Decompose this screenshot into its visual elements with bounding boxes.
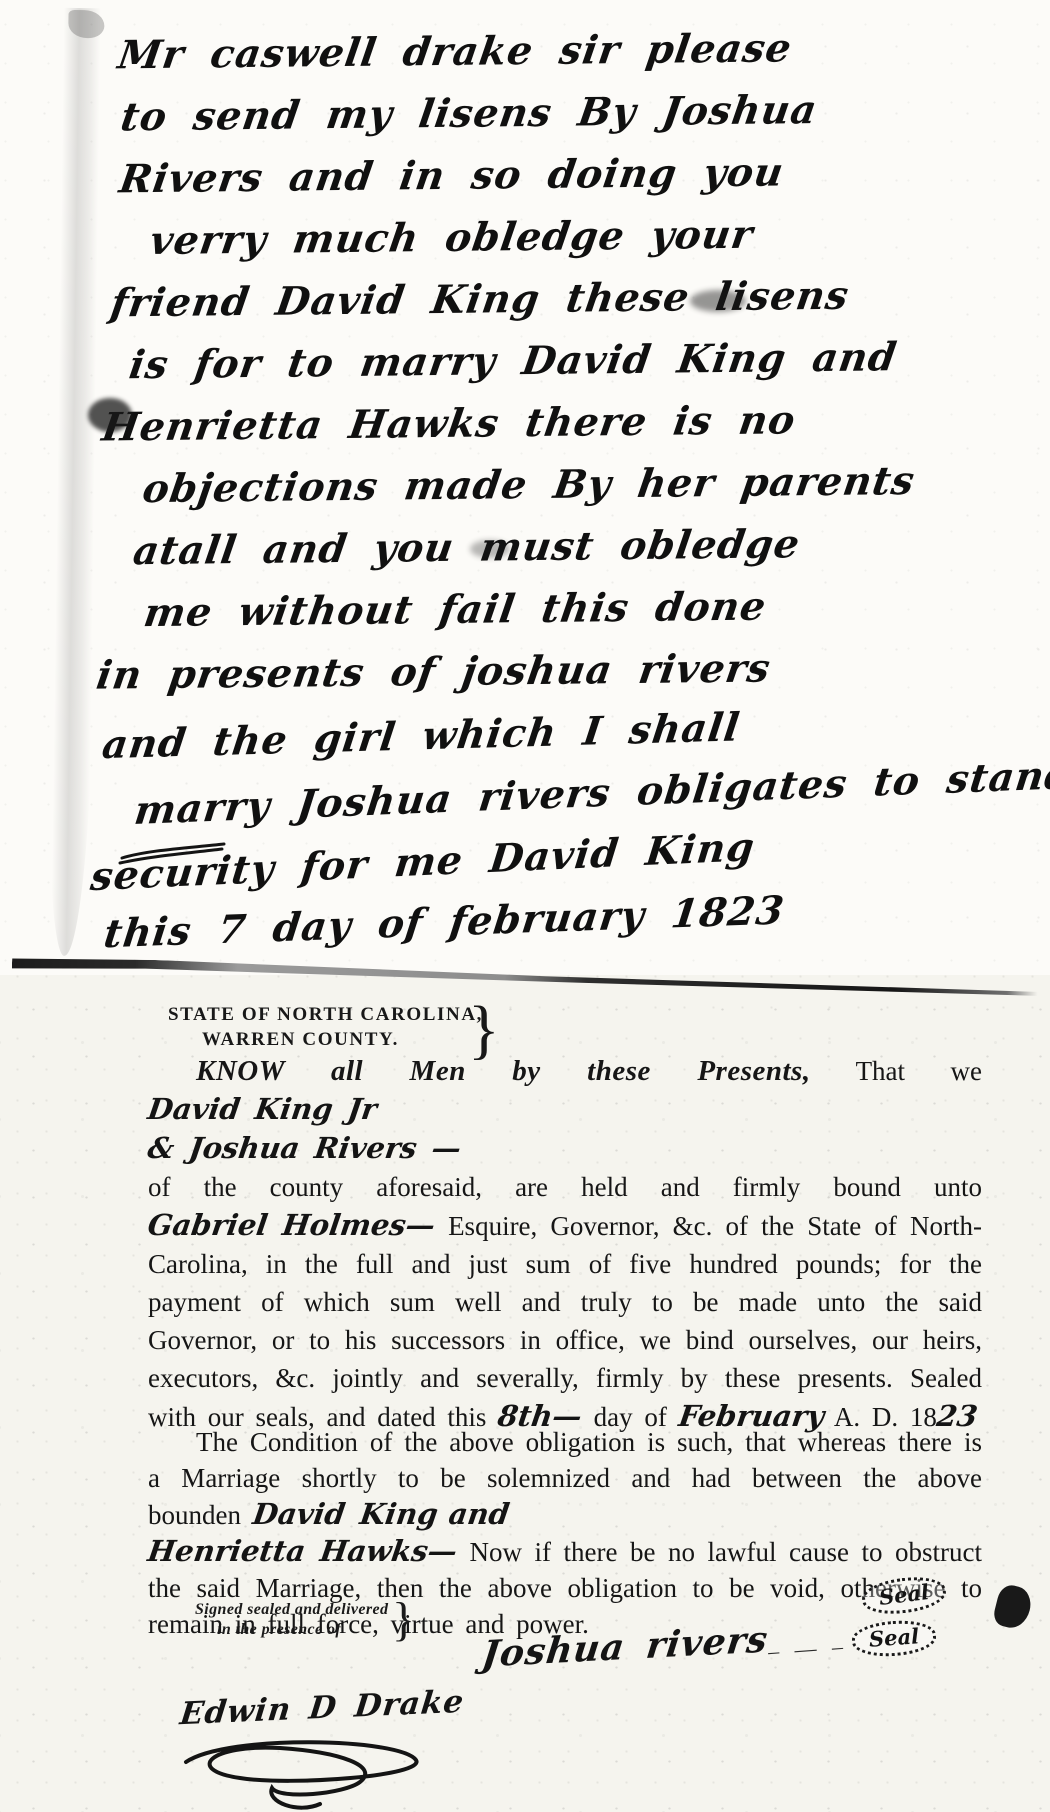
letter-line: to send my lisens By Joshua	[117, 77, 976, 148]
ink-smudge	[88, 398, 132, 432]
oath-body-1: of the county aforesaid, are held and fi…	[148, 1172, 982, 1202]
seal-scribble-1: Seal	[860, 1573, 948, 1618]
letter-line: Henrietta Hawks there is no	[98, 387, 979, 458]
seal-column: Seal Seal	[852, 1578, 992, 1664]
letter-line: Rivers and in so doing you	[115, 139, 976, 210]
and-word: and	[447, 1496, 512, 1532]
handwritten-letter: Mr caswell drake sir please to send my l…	[90, 15, 980, 954]
bride-name: Henrietta Hawks—	[145, 1533, 459, 1569]
heading-county: WARREN COUNTY.	[168, 1027, 483, 1052]
bondsman1-name: David King Jr	[145, 1090, 379, 1128]
letter-line: Mr caswell drake sir please	[114, 15, 975, 86]
attestation-line-2: in the presence of	[195, 1620, 388, 1640]
signature-dashes: – — –	[767, 1633, 849, 1665]
letter-line: me without fail this done	[140, 573, 981, 644]
oath-opening: KNOW all Men by these Presents,	[148, 1055, 811, 1087]
attestation-note: Signed sealed and delivered in the prese…	[195, 1600, 388, 1640]
attestation-line-1: Signed sealed and delivered	[195, 1600, 388, 1620]
ink-smudge	[470, 540, 510, 558]
letter-line: atall and you must obledge	[129, 511, 980, 582]
letter-line: verry much obledge your	[146, 201, 977, 272]
letter-line: is for to marry David King and	[125, 325, 978, 396]
oath-opening-rest: That we	[856, 1056, 982, 1086]
seal-scribble-2: Seal	[851, 1618, 937, 1659]
attestation-brace: }	[392, 1592, 415, 1647]
bond-heading: STATE OF NORTH CAROLINA, WARREN COUNTY.	[168, 1002, 483, 1052]
letter-line: friend David King these lisens	[106, 263, 977, 334]
document-scan: Mr caswell drake sir please to send my l…	[0, 0, 1050, 1812]
signature-flourish	[168, 1726, 448, 1812]
groom-name: David King	[250, 1496, 440, 1532]
ink-smudge	[690, 290, 746, 312]
governor-name: Gabriel Holmes—	[145, 1206, 437, 1244]
heading-state: STATE OF NORTH CAROLINA,	[168, 1002, 483, 1027]
crossed-out-word	[118, 840, 228, 866]
bondsman2-name: & Joshua Rivers —	[145, 1129, 463, 1167]
letter-line: objections made By her parents	[138, 449, 979, 520]
bond-oath-paragraph: KNOW all Men by these Presents, That we …	[148, 1052, 982, 1436]
